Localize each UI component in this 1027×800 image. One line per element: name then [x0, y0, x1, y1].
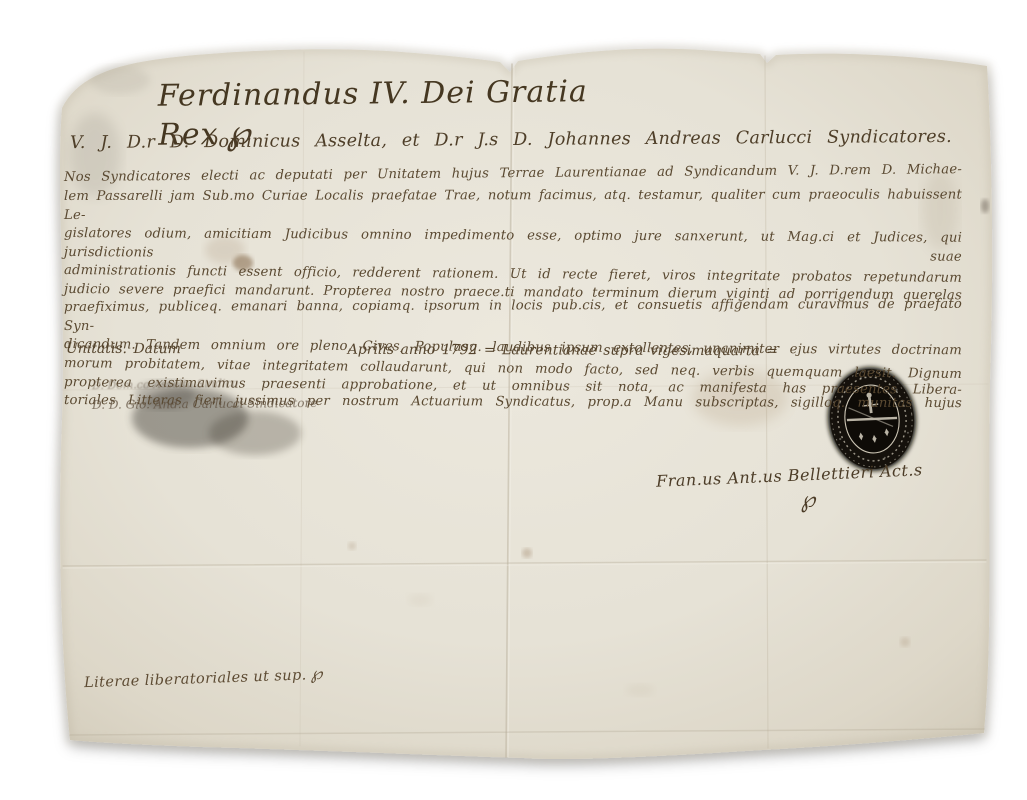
signature-carlucci: D. D. Gio. And.a Carlucci Sindicatore	[92, 396, 317, 412]
body-paragraph: Nos Syndicatores electi ac deputati per …	[64, 169, 962, 411]
body-line: Nos Syndicatores electi ac deputati per …	[64, 161, 962, 187]
manuscript-text-layer: Ferdinandus IV. Dei Gratia Rex℘ V. J. D.…	[0, 0, 1027, 800]
docket-text: Literae liberatoriales ut sup.	[84, 667, 307, 691]
date-line-right: Aprilis anno 1792 = Laurentianae supra v…	[348, 342, 778, 360]
actuary-flourish: ℘	[799, 487, 817, 513]
date-line-left: Unitatis. Datum	[66, 341, 181, 357]
date-line: Unitatis. Datum Aprilis anno 1792 = Laur…	[66, 341, 778, 359]
photograph-background: Ferdinandus IV. Dei Gratia Rex℘ V. J. D.…	[0, 0, 1027, 800]
body-line: gislatores odium, amicitiam Judicibus om…	[64, 225, 962, 267]
body-line: lem Passarelli jam Sub.mo Curiae Localis…	[64, 186, 962, 225]
body-line: praefiximus, publiceq. emanari banna, co…	[64, 296, 962, 336]
docket-flourish: ℘	[310, 664, 323, 684]
signature-asselta: D. Dom.co Asselta Sindico	[92, 377, 239, 393]
docket-note: Literae liberatoriales ut sup.℘	[84, 664, 323, 692]
actuary-signature: Fran.us Ant.us Bellettieri Act.s	[656, 460, 923, 491]
